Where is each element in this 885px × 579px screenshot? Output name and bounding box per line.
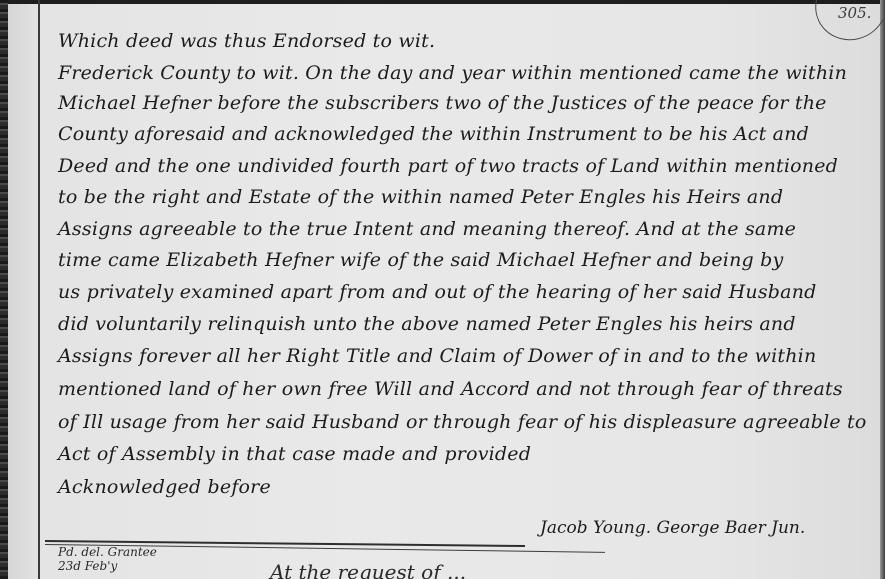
text-line: Assigns agreeable to the true Intent and… — [58, 218, 796, 240]
next-entry-fragment: At the request of ... — [270, 560, 466, 579]
text-line: to be the right and Estate of the within… — [58, 186, 783, 208]
text-line: Acknowledged before — [58, 476, 271, 498]
text-line: time came Elizabeth Hefner wife of the s… — [58, 249, 783, 271]
page-top-edge — [8, 0, 885, 4]
text-line: mentioned land of her own free Will and … — [58, 378, 843, 400]
text-line: Assigns forever all her Right Title and … — [58, 345, 816, 367]
text-line: Michael Hefner before the subscribers tw… — [58, 92, 827, 114]
text-line: Deed and the one undivided fourth part o… — [58, 155, 838, 177]
text-line: Frederick County to wit. On the day and … — [58, 62, 847, 84]
text-line: Act of Assembly in that case made and pr… — [58, 443, 531, 465]
text-line: County aforesaid and acknowledged the wi… — [58, 123, 809, 145]
page-number: 305. — [838, 4, 871, 22]
text-line: Which deed was thus Endorsed to wit. — [58, 30, 435, 52]
marginal-note-line: Pd. del. Grantee — [58, 545, 157, 559]
book-binding-edge — [0, 0, 8, 579]
text-line: of Ill usage from her said Husband or th… — [58, 411, 867, 433]
marginal-note-line: 23d Feb'y — [58, 559, 157, 573]
text-line: did voluntarily relinquish unto the abov… — [58, 313, 796, 335]
marginal-note: Pd. del. Grantee 23d Feb'y — [58, 545, 157, 573]
left-margin-rule — [38, 0, 40, 579]
justices-signatures: Jacob Young. George Baer Jun. — [540, 518, 805, 538]
page-right-edge — [880, 0, 885, 579]
text-line: us privately examined apart from and out… — [58, 281, 817, 303]
